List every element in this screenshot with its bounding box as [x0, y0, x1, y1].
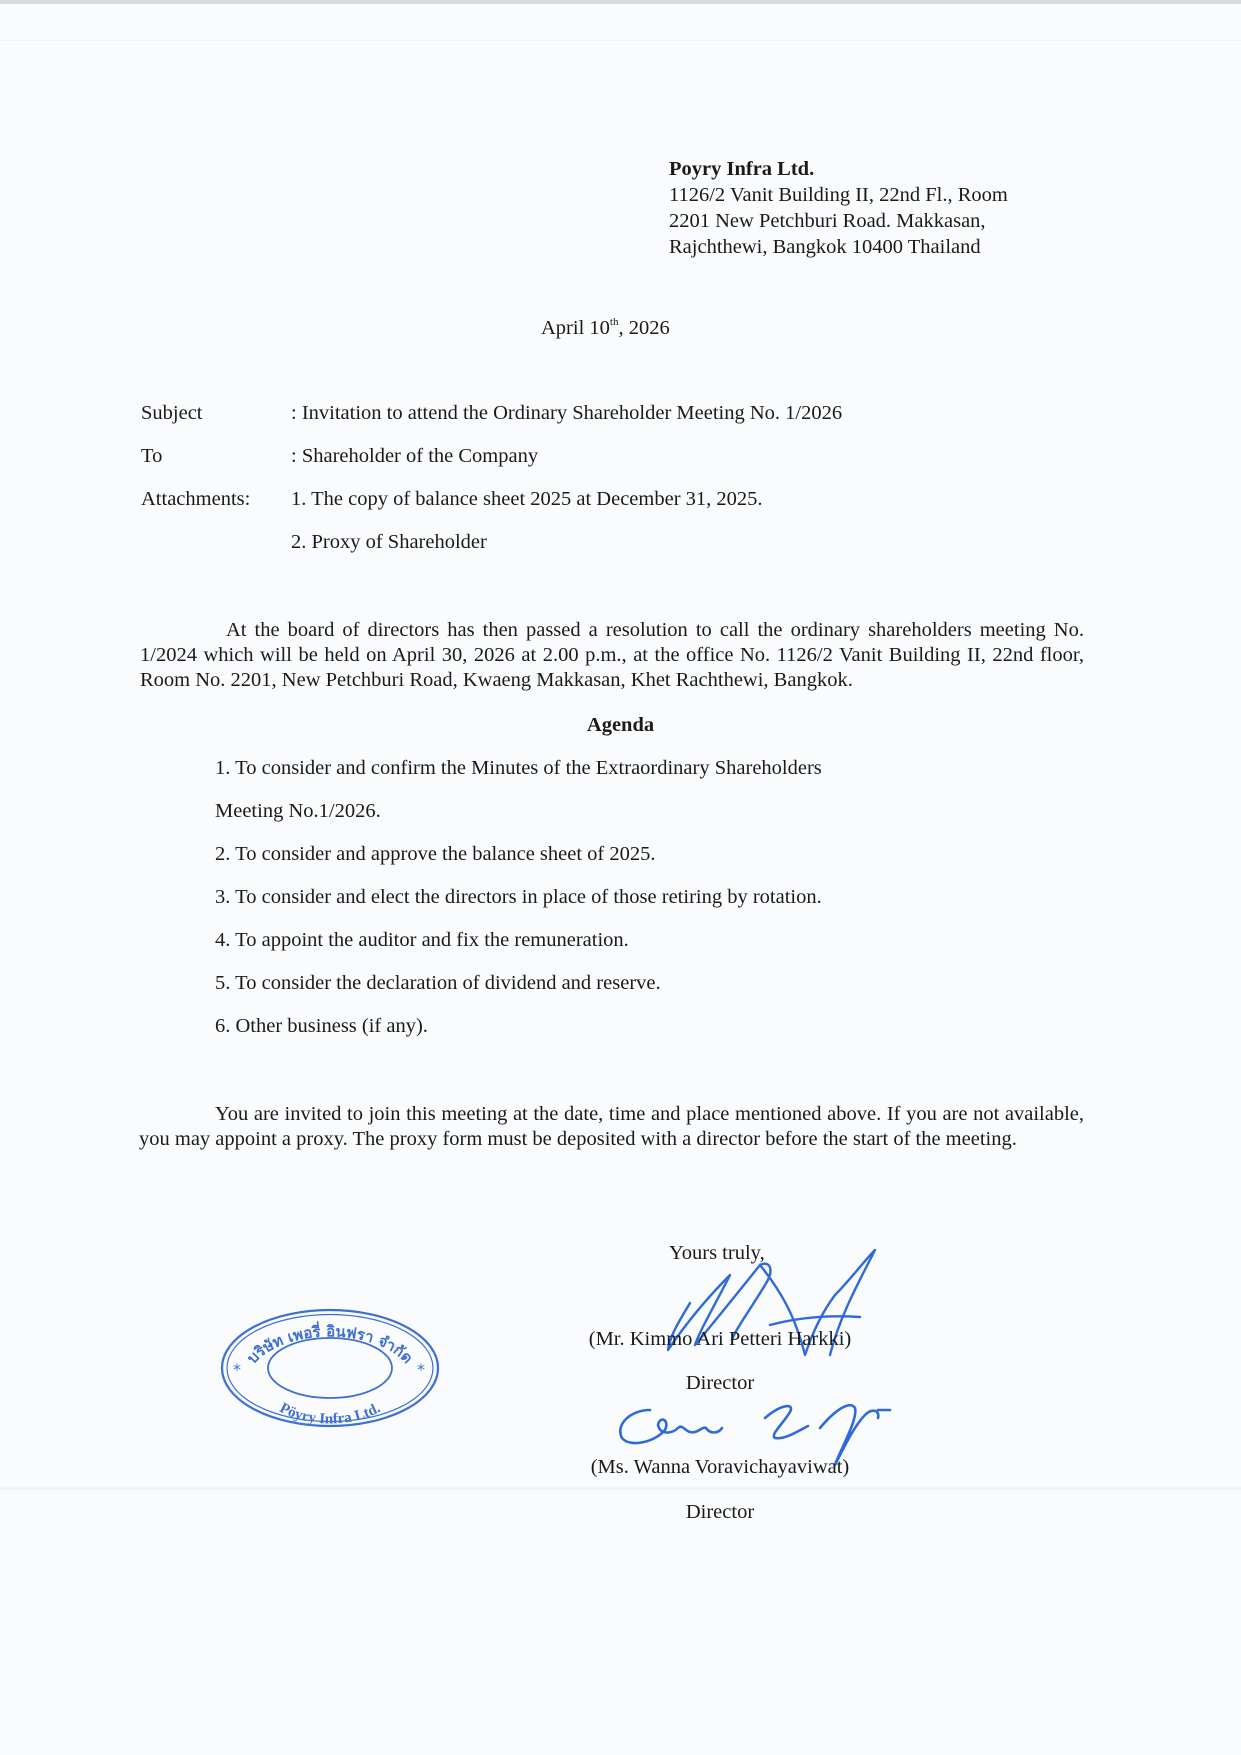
date-year: , 2026 — [618, 317, 669, 339]
attachment-item: 2. Proxy of Shareholder — [291, 531, 487, 554]
stamp-star-icon: * — [417, 1360, 425, 1379]
agenda-item: 6. Other business (if any). — [215, 1015, 428, 1038]
agenda-item: 2. To consider and approve the balance s… — [215, 843, 656, 866]
sender-address-block: Poyry Infra Ltd. 1126/2 Vanit Building I… — [669, 156, 1008, 260]
scan-divider — [0, 40, 1241, 41]
agenda-item: Meeting No.1/2026. — [215, 800, 381, 823]
letter-date: April 10th, 2026 — [541, 316, 670, 340]
date-month-day: April 10 — [541, 317, 610, 339]
stamp-star-icon: * — [233, 1360, 241, 1379]
sender-address-line: Rajchthewi, Bangkok 10400 Thailand — [669, 234, 1008, 260]
agenda-item: 4. To appoint the auditor and fix the re… — [215, 929, 629, 952]
agenda-item: 5. To consider the declaration of divide… — [215, 972, 661, 995]
agenda-title: Agenda — [0, 714, 1241, 737]
to-value: : Shareholder of the Company — [291, 445, 538, 468]
attachments-label: Attachments: — [141, 488, 250, 511]
agenda-item: 1. To consider and confirm the Minutes o… — [215, 757, 822, 780]
signatory-2-name: (Ms. Wanna Voravichayaviwat) — [560, 1456, 880, 1479]
sender-address-line: 1126/2 Vanit Building II, 22nd Fl., Room — [669, 182, 1008, 208]
company-stamp: บริษัท เพอรี่ อินฟรา จำกัด Pöyry Infra L… — [219, 1307, 441, 1429]
closing-paragraph: You are invited to join this meeting at … — [139, 1102, 1084, 1152]
intro-paragraph: At the board of directors has then passe… — [140, 618, 1084, 693]
sender-company-name: Poyry Infra Ltd. — [669, 156, 1008, 182]
to-label: To — [141, 445, 162, 468]
scan-artifact-band — [0, 1487, 1241, 1490]
subject-label: Subject — [141, 402, 203, 425]
signatory-1-name: (Mr. Kimmo Ari Petteri Harkki) — [560, 1328, 880, 1351]
sender-address-line: 2201 New Petchburi Road. Makkasan, — [669, 208, 1008, 234]
scan-top-edge — [0, 0, 1241, 4]
agenda-item: 3. To consider and elect the directors i… — [215, 886, 822, 909]
attachment-item: 1. The copy of balance sheet 2025 at Dec… — [291, 488, 763, 511]
signatory-2-title: Director — [560, 1501, 880, 1524]
subject-value: : Invitation to attend the Ordinary Shar… — [291, 402, 842, 425]
